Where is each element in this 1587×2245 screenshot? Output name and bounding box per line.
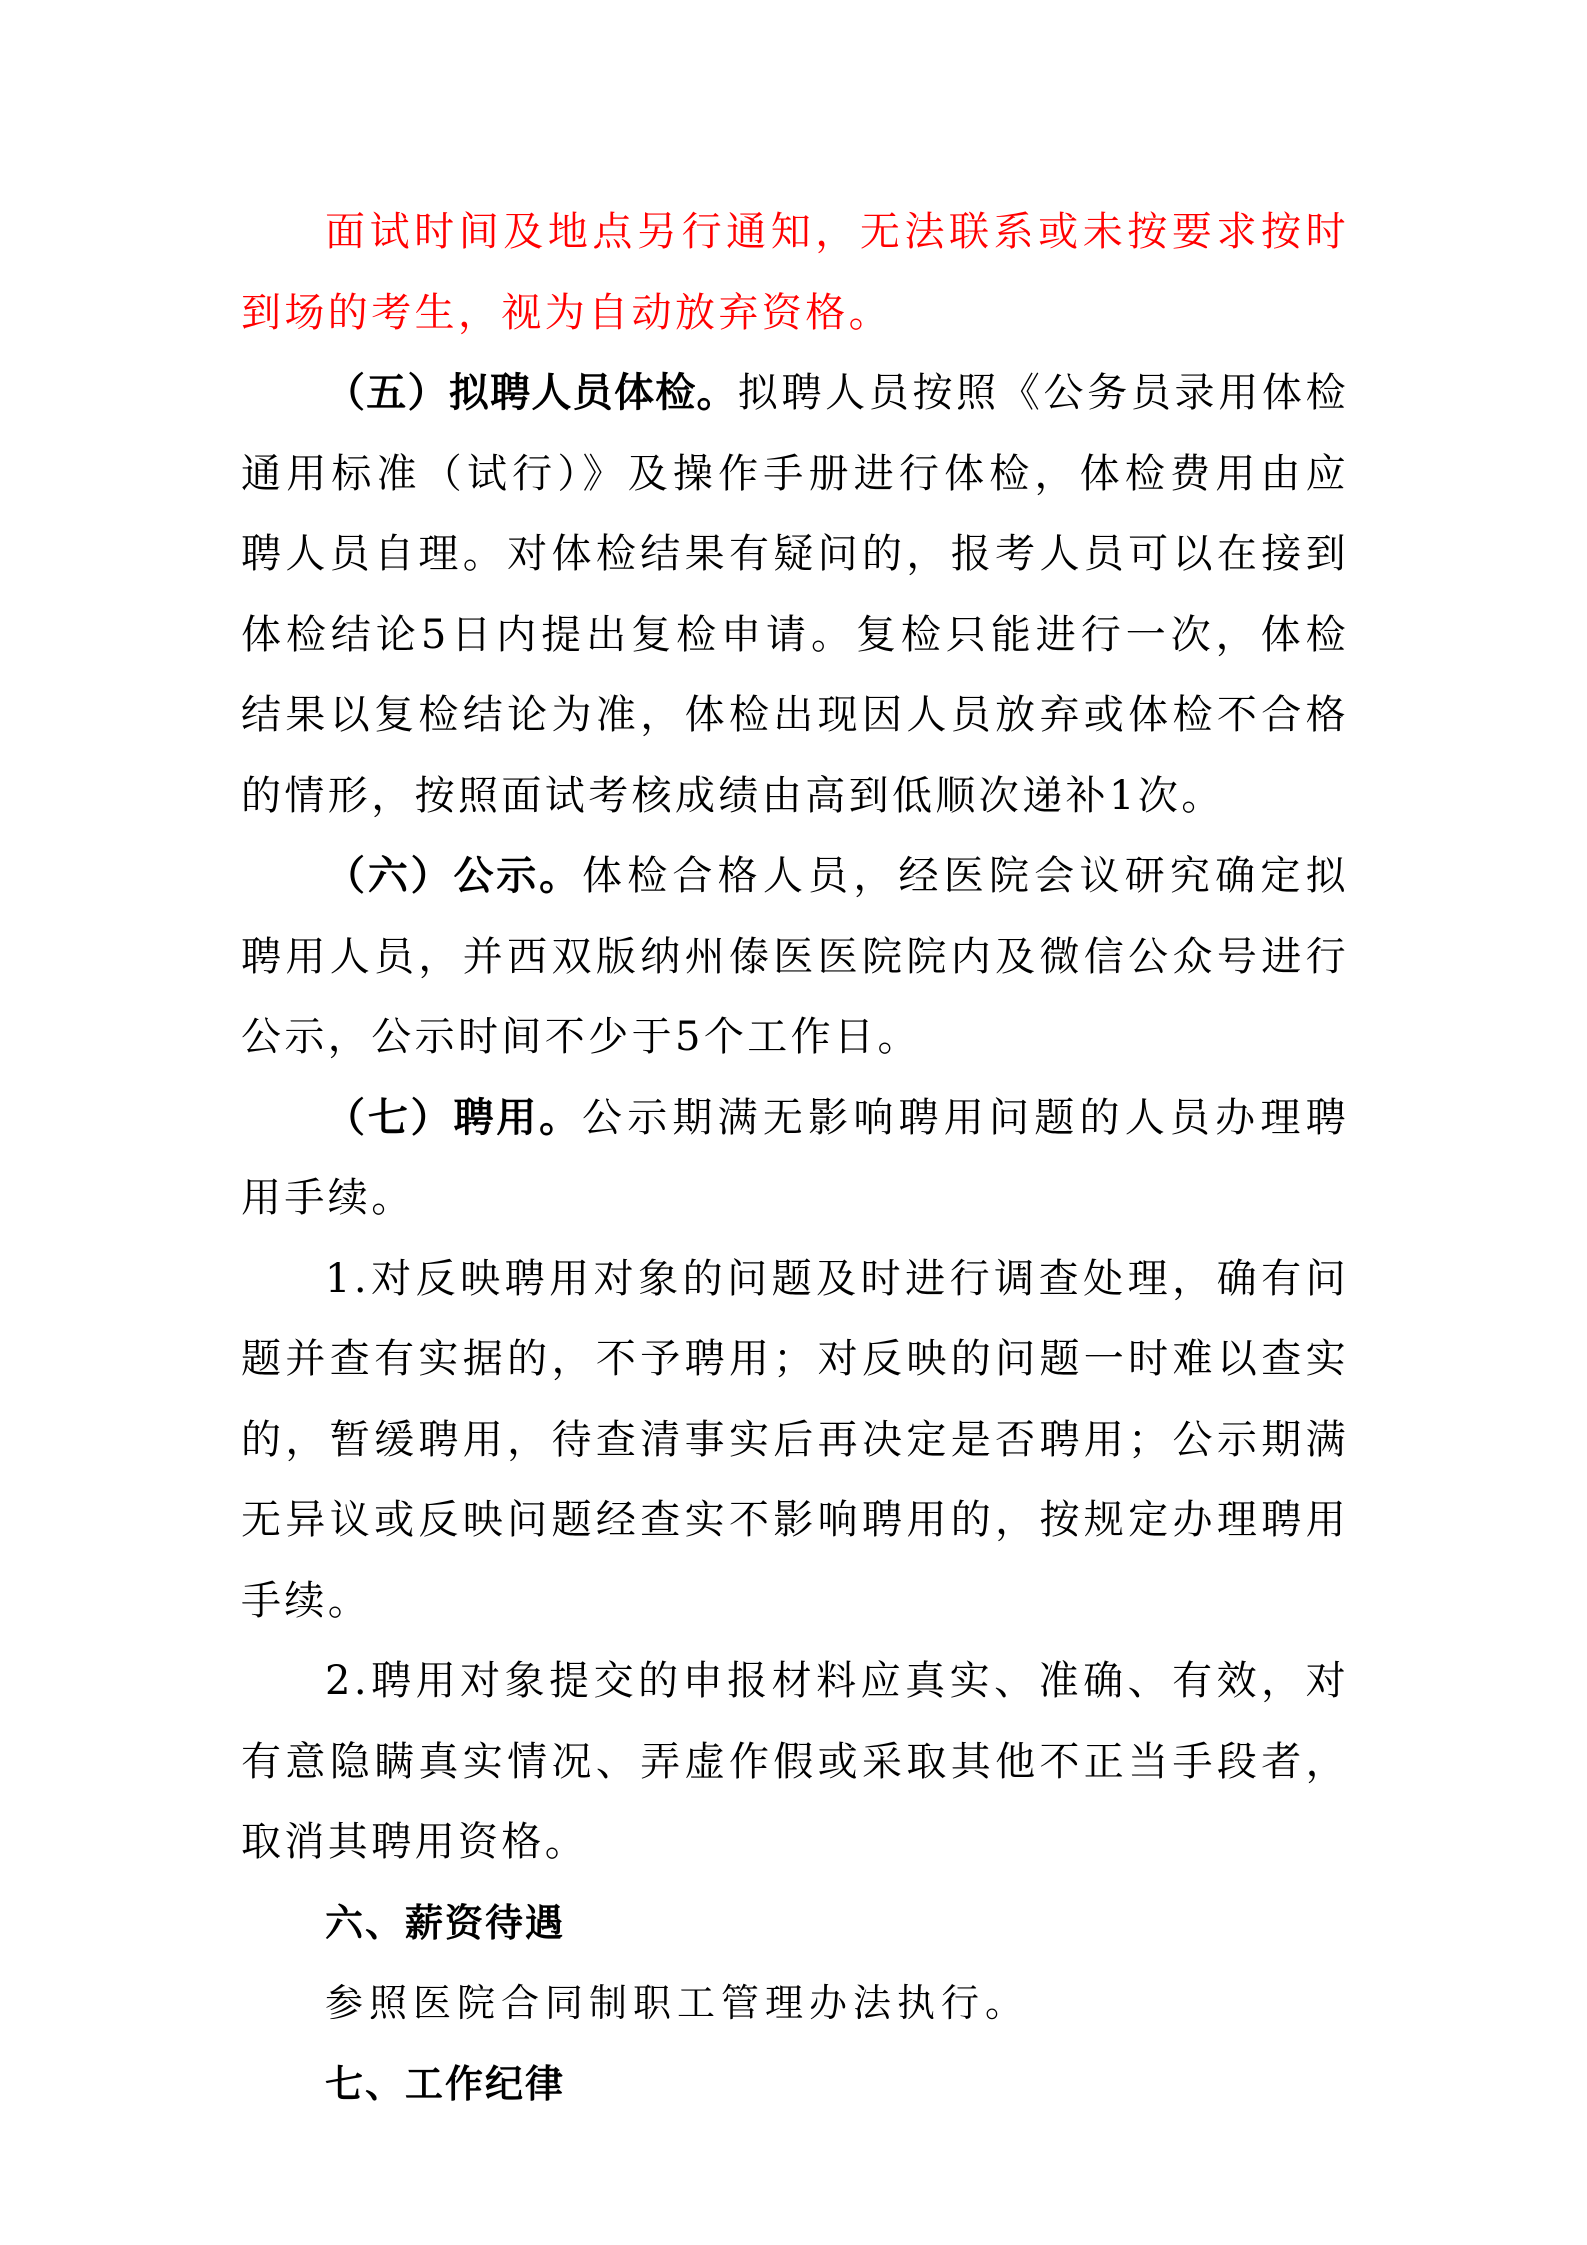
- document-page: 面试时间及地点另行通知，无法联系或未按要求按时到场的考生，视为自动放弃资格。 （…: [241, 192, 1349, 2124]
- salary-heading: 六、薪资待遇: [241, 1883, 1349, 1964]
- section-publicity: （六）公示。体检合格人员，经医院会议研究确定拟聘用人员，并西双版纳州傣医医院院内…: [241, 836, 1349, 1078]
- section-lead: （七）聘用。: [325, 1095, 582, 1141]
- section-lead: （五）拟聘人员体检。: [325, 370, 738, 416]
- salary-body: 参照医院合同制职工管理办法执行。: [241, 1963, 1349, 2044]
- section-employment: （七）聘用。公示期满无影响聘用问题的人员办理聘用手续。: [241, 1078, 1349, 1239]
- section-lead: （六）公示。: [325, 853, 582, 899]
- discipline-heading: 七、工作纪律: [241, 2044, 1349, 2125]
- employment-item-1: 1.对反映聘用对象的问题及时进行调查处理，确有问题并查有实据的，不予聘用；对反映…: [241, 1239, 1349, 1642]
- employment-item-2: 2.聘用对象提交的申报材料应真实、准确、有效，对有意隐瞒真实情况、弄虚作假或采取…: [241, 1641, 1349, 1883]
- section-medical-exam: （五）拟聘人员体检。拟聘人员按照《公务员录用体检通用标准（试行）》及操作手册进行…: [241, 353, 1349, 836]
- section-body: 拟聘人员按照《公务员录用体检通用标准（试行）》及操作手册进行体检，体检费用由应聘…: [241, 370, 1349, 819]
- interview-notice: 面试时间及地点另行通知，无法联系或未按要求按时到场的考生，视为自动放弃资格。: [241, 192, 1349, 353]
